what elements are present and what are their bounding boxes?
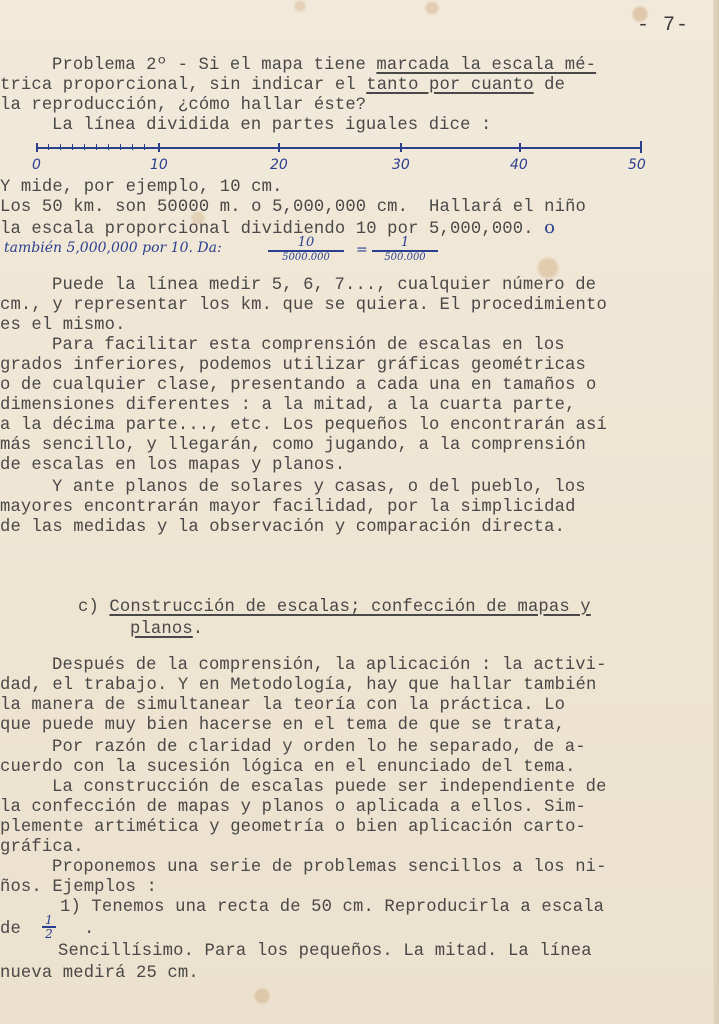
text-line: o de cualquier clase, presentando a cada… (0, 376, 596, 396)
text-line: mayores encontrarán mayor facilidad, por… (0, 498, 576, 518)
text-line: grados inferiores, podemos utilizar gráf… (0, 356, 586, 376)
text-line: Para facilitar esta comprensión de escal… (52, 336, 565, 356)
scale-tick (60, 144, 61, 150)
text-line: Problema 2º - Si el mapa tiene marcada l… (52, 56, 596, 76)
text-line: de escalas en los mapas y planos. (0, 456, 345, 476)
section-title: planos (130, 620, 193, 639)
text-line: cm., y representar los km. que se quiera… (0, 296, 607, 316)
scale-tick (84, 144, 85, 150)
text-line: de (0, 920, 21, 940)
text-span: de (534, 76, 565, 95)
handwritten-fraction-half: 1 2 (42, 914, 56, 940)
section-title: Construcción de escalas; confección de m… (109, 598, 590, 617)
text-line: 1) Tenemos una recta de 50 cm. Reproduci… (60, 898, 604, 918)
text-line: que puede muy bien hacerse en el tema de… (0, 716, 565, 736)
scale-tick (108, 144, 109, 150)
scale-tick (48, 144, 49, 150)
scale-label: 10 (150, 157, 168, 173)
section-heading-cont: planos. (130, 620, 203, 640)
underlined-phrase: marcada la escala mé- (376, 56, 596, 75)
text-line: la reproducción, ¿cómo hallar éste? (0, 96, 366, 116)
text-line: más sencillo, y llegarán, como jugando, … (0, 436, 586, 456)
scale-tick (640, 141, 642, 153)
text-span: Problema 2º - Si el mapa tiene (52, 56, 376, 75)
text-line: la confección de mapas y planos o aplica… (0, 798, 586, 818)
scale-label: 50 (628, 157, 646, 173)
text-line: plemente artimética y geometría o bien a… (0, 818, 586, 838)
scale-label: 0 (32, 157, 41, 173)
page-number: - 7- (637, 14, 689, 37)
text-line: Proponemos una serie de problemas sencil… (52, 858, 607, 878)
handwritten-o: o (544, 217, 555, 238)
scale-tick (278, 143, 280, 152)
scale-tick (132, 144, 133, 150)
fraction-denominator: 500.000 (384, 252, 425, 264)
page-edge (713, 0, 719, 1024)
fraction-numerator: 1 (401, 236, 409, 250)
scale-tick (36, 143, 38, 152)
text-line: dimensiones diferentes : a la mitad, a l… (0, 396, 576, 416)
text-line: es el mismo. (0, 316, 126, 336)
text-line: Sencillísimo. Para los pequeños. La mita… (58, 942, 592, 962)
handwritten-note: también 5,000,000 por 10. Da: (4, 240, 222, 256)
text-line: ños. Ejemplos : (0, 878, 157, 898)
text-line: dad, el trabajo. Y en Metodología, hay q… (0, 676, 596, 696)
section-label: c) (78, 598, 109, 617)
text-line: de las medidas y la observación y compar… (0, 518, 565, 538)
text-span: . (193, 620, 203, 639)
divided-scale-bar: 0 10 20 30 40 50 (36, 147, 642, 151)
text-line: a la décima parte..., etc. Los pequeños … (0, 416, 607, 436)
underlined-phrase: tanto por cuanto (366, 76, 533, 95)
text-line: Y mide, por ejemplo, 10 cm. (0, 178, 283, 198)
scale-tick (96, 144, 97, 150)
section-heading: c) Construcción de escalas; confección d… (78, 598, 591, 618)
text-line: Después de la comprensión, la aplicación… (52, 656, 607, 676)
scale-label: 30 (392, 157, 410, 173)
text-line: Por razón de claridad y orden lo he sepa… (52, 738, 586, 758)
scale-tick (400, 143, 402, 152)
fraction-numerator: 1 (45, 914, 53, 926)
scale-tick (120, 144, 121, 150)
fraction-denominator: 2 (45, 928, 53, 940)
text-line: . (84, 920, 94, 940)
fraction-numerator: 10 (298, 236, 315, 250)
text-line: Los 50 km. son 50000 m. o 5,000,000 cm. … (0, 198, 586, 218)
text-line: Puede la línea medir 5, 6, 7..., cualqui… (52, 276, 596, 296)
scale-tick (158, 143, 160, 152)
text-line: la manera de simultanear la teoría con l… (0, 696, 565, 716)
scale-tick (519, 143, 521, 152)
text-line: trica proporcional, sin indicar el tanto… (0, 76, 565, 96)
scale-label: 20 (270, 157, 288, 173)
equals-sign: = (356, 242, 368, 258)
text-line: nueva medirá 25 cm. (0, 964, 199, 984)
scale-tick (72, 144, 73, 150)
text-line: gráfica. (0, 838, 84, 858)
text-line: Y ante planos de solares y casas, o del … (52, 478, 586, 498)
scale-tick (144, 144, 145, 150)
scale-label: 40 (510, 157, 528, 173)
text-span: trica proporcional, sin indicar el (0, 76, 366, 95)
text-line: La línea dividida en partes iguales dice… (52, 116, 492, 136)
text-line: La construcción de escalas puede ser ind… (52, 778, 607, 798)
scale-line (36, 147, 642, 149)
text-line: cuerdo con la sucesión lógica en el enun… (0, 758, 576, 778)
fraction-denominator: 5000.000 (282, 252, 330, 264)
handwritten-fraction: 10 5000.000 (268, 236, 344, 264)
handwritten-fraction: 1 500.000 (372, 236, 438, 264)
